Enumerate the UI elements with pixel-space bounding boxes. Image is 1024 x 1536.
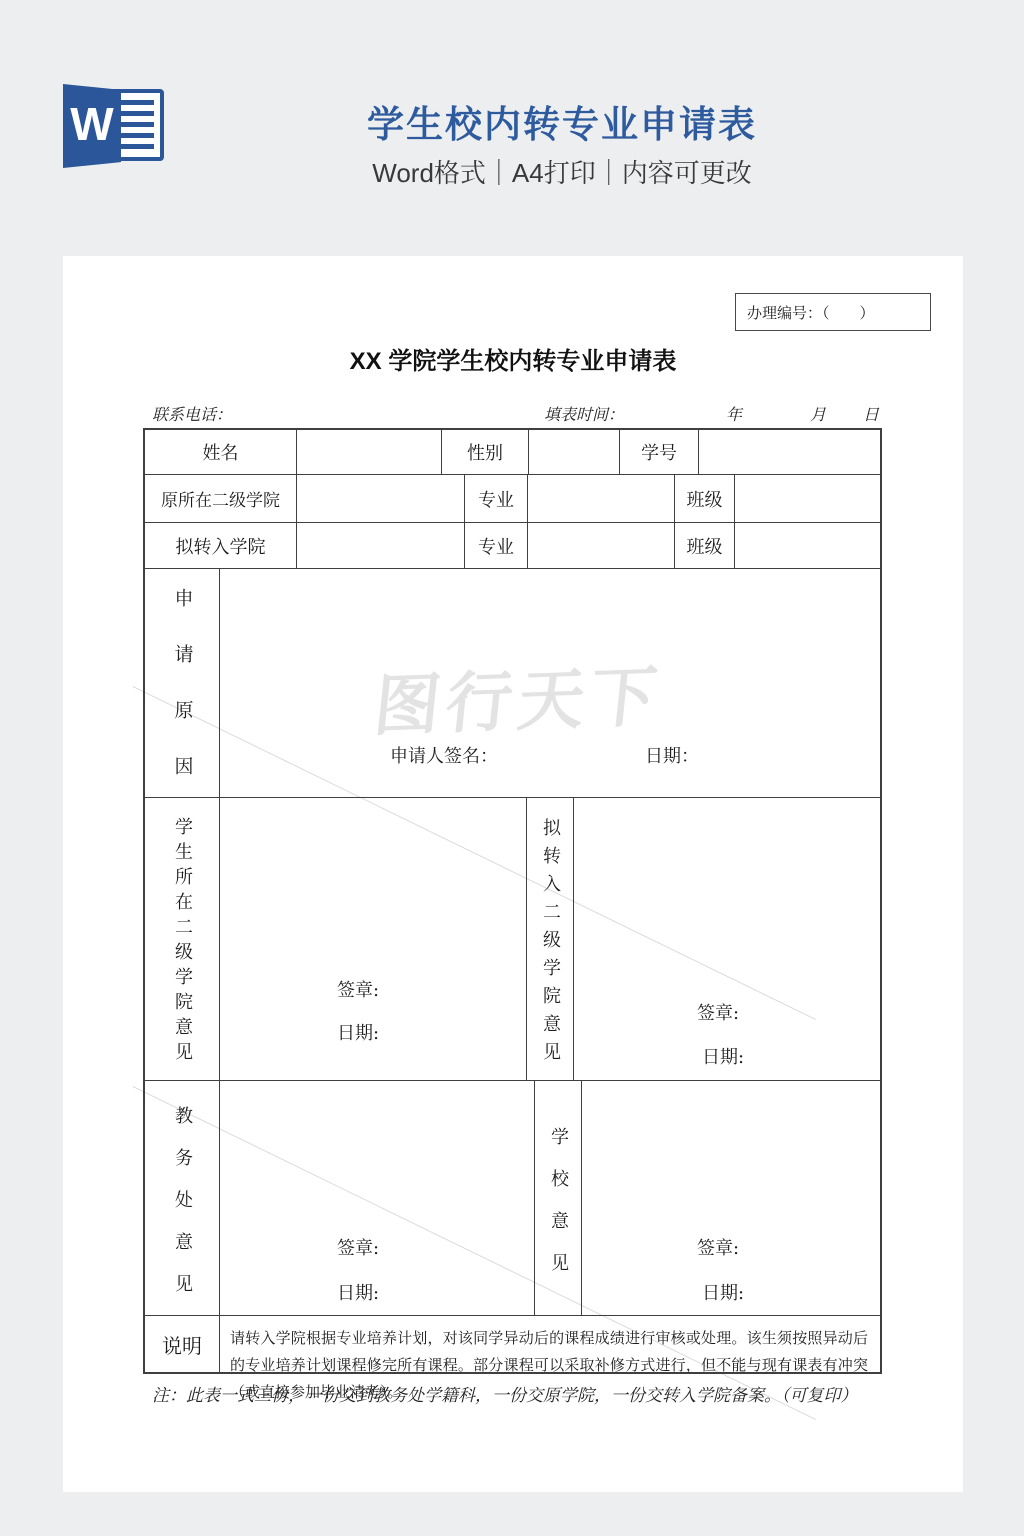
form-title: XX 学院学生校内转专业申请表 (63, 341, 963, 376)
orig-college-label: 原所在二级学院 (161, 486, 280, 511)
orig-class-label-cell: 班级 (675, 475, 735, 522)
reason-label-cell: 申请原因 (145, 569, 220, 797)
table-row: 教务处意见 签章: 日期: 学校意见 签章: 日期: (145, 1081, 880, 1316)
date-label: 日期: (702, 1043, 744, 1069)
fill-date-label: 填表时间： (544, 402, 624, 425)
current-college-opinion-label-cell: 学生所在二级学院意见 (145, 798, 220, 1080)
school-opinion-label-cell: 学校意见 (535, 1081, 582, 1315)
word-logo-letter: W (70, 101, 113, 147)
major-label: 专业 (478, 486, 514, 512)
date-label: 日期: (337, 1019, 379, 1045)
name-label-cell: 姓名 (145, 430, 297, 474)
class-label: 班级 (687, 486, 723, 512)
applicant-date-label: 日期： (645, 742, 699, 768)
table-row: 拟转入学院 专业 班级 (145, 523, 880, 569)
target-major-label-cell: 专业 (465, 523, 528, 568)
serial-number-box[interactable]: 办理编号：（ ） (735, 293, 931, 331)
year-label: 年 (726, 402, 742, 425)
academic-office-opinion-label: 教务处意见 (173, 1080, 191, 1316)
orig-college-input-cell[interactable] (297, 475, 465, 522)
banner-title: 学生校内转专业申请表 (262, 94, 862, 148)
table-row: 学生所在二级学院意见 签章: 日期: 拟转入二级学院意见 签章: 日期: (145, 798, 880, 1081)
orig-major-label-cell: 专业 (465, 475, 528, 522)
current-college-opinion-input-cell[interactable]: 签章: 日期: (220, 798, 527, 1080)
seal-label: 签章: (697, 999, 739, 1025)
seal-label: 签章: (697, 1234, 739, 1260)
table-row: 申请原因 申请人签名： 日期： (145, 569, 880, 798)
table-row: 原所在二级学院 专业 班级 (145, 475, 880, 523)
remark-label-cell: 说明 (145, 1316, 220, 1372)
banner-subtitle: Word格式｜A4打印｜内容可更改 (262, 153, 862, 190)
target-class-input-cell[interactable] (735, 523, 880, 568)
name-input-cell[interactable] (297, 430, 442, 474)
document-page: 图行天下 办理编号：（ ） XX 学院学生校内转专业申请表 联系电话： 填表时间… (63, 256, 963, 1492)
orig-college-label-cell: 原所在二级学院 (145, 475, 297, 522)
template-preview: W 学生校内转专业申请表 Word格式｜A4打印｜内容可更改 图行天下 办理编号… (0, 0, 1024, 1536)
orig-class-input-cell[interactable] (735, 475, 880, 522)
serial-number-label: 办理编号：（ ） (747, 302, 875, 323)
major-label: 专业 (478, 533, 514, 559)
school-opinion-label: 学校意见 (549, 1101, 567, 1295)
application-form-table: 姓名 性别 学号 原所在二级学院 专业 (143, 428, 882, 1374)
date-label: 日期: (702, 1279, 744, 1305)
target-college-opinion-label: 拟转入二级学院意见 (541, 808, 559, 1070)
table-row: 姓名 性别 学号 (145, 430, 880, 475)
target-college-label-cell: 拟转入学院 (145, 523, 297, 568)
gender-label: 性别 (467, 439, 503, 465)
contact-row: 联系电话： 填表时间： 年 月 日 (63, 402, 963, 424)
target-class-label-cell: 班级 (675, 523, 735, 568)
word-logo-cover: W (63, 84, 121, 168)
month-label: 月 (810, 402, 826, 425)
orig-major-input-cell[interactable] (528, 475, 675, 522)
reason-label: 申请原因 (173, 554, 192, 812)
footnote: 注：此表一式三份，一份交到教务处学籍科，一份交原学院，一份交转入学院备案。（可复… (152, 1381, 858, 1406)
applicant-sign-label: 申请人签名： (390, 742, 498, 768)
target-college-opinion-input-cell[interactable]: 签章: 日期: (574, 798, 880, 1080)
target-college-input-cell[interactable] (297, 523, 465, 568)
school-opinion-input-cell[interactable]: 签章: 日期: (582, 1081, 880, 1315)
word-logo-text-lines (118, 100, 154, 150)
academic-office-opinion-label-cell: 教务处意见 (145, 1081, 220, 1315)
student-no-label-cell: 学号 (620, 430, 699, 474)
word-logo-icon: W (63, 84, 165, 168)
seal-label: 签章: (337, 1234, 379, 1260)
day-label: 日 (863, 402, 879, 425)
current-college-opinion-label: 学生所在二级学院意见 (173, 812, 191, 1067)
table-row: 说明 请转入学院根据专业培养计划，对该同学异动后的课程成绩进行审核或处理。该生须… (145, 1316, 880, 1372)
remark-label: 说明 (162, 1330, 202, 1359)
seal-label: 签章: (337, 976, 379, 1002)
gender-input-cell[interactable] (529, 430, 620, 474)
reason-input-cell[interactable]: 申请人签名： 日期： (220, 569, 880, 797)
contact-phone-label: 联系电话： (152, 402, 232, 425)
academic-office-opinion-input-cell[interactable]: 签章: 日期: (220, 1081, 535, 1315)
target-college-opinion-label-cell: 拟转入二级学院意见 (527, 798, 574, 1080)
gender-label-cell: 性别 (442, 430, 529, 474)
student-no-input-cell[interactable] (699, 430, 880, 474)
name-label: 姓名 (203, 439, 239, 465)
student-no-label: 学号 (641, 439, 677, 465)
remark-text-cell: 请转入学院根据专业培养计划，对该同学异动后的课程成绩进行审核或处理。该生须按照异… (220, 1316, 880, 1372)
target-major-input-cell[interactable] (528, 523, 675, 568)
date-label: 日期: (337, 1279, 379, 1305)
class-label: 班级 (687, 533, 723, 559)
